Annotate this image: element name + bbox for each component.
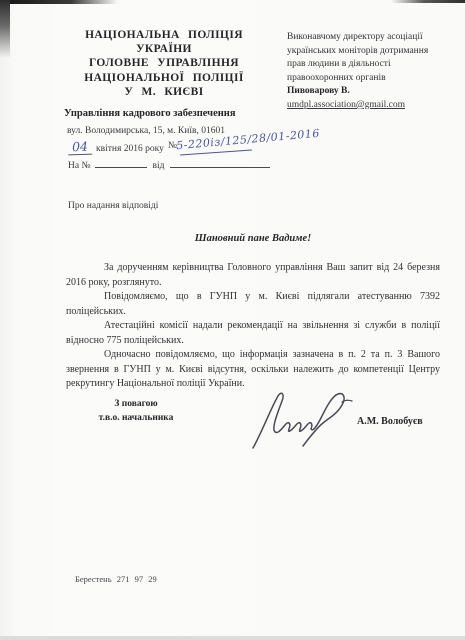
recipient-email: umdpl.association@gmail.com [287,99,457,113]
recipient-name: Пивоварову В. [287,85,457,99]
recipient-block: Виконавчому директору асоціації українсь… [287,31,457,113]
body-paragraph: За дорученням керівництва Головного упра… [66,261,440,290]
body-paragraph: Повідомляємо, що в ГУНП у м. Києві підля… [66,290,440,319]
sender-address: вул. Володимирська, 15, м. Київ, 01601 [67,126,225,136]
scan-artifact-top-right [391,0,465,3]
closing-regards: З повагою [72,397,200,411]
scan-artifact-top-left [0,0,118,4]
recipient-line: правоохоронних органів [287,72,457,86]
org-line: УКРАЇНИ [58,42,270,56]
recipient-line: українських моніторів дотримання [287,45,457,59]
ref-date-blank [170,157,270,168]
date-line: 04квітня 2016 року [68,139,164,155]
recipient-line: прав людини в діяльності [287,58,457,72]
date-printed: квітня 2016 року [96,144,164,154]
reference-line: На №від [68,157,270,171]
handwritten-signature [243,388,361,452]
ref-vid-label: від [153,161,165,171]
closing-position: т.в.о. начальника [72,411,200,425]
recipient-line: Виконавчому директору асоціації [287,31,457,45]
sender-organization: НАЦІОНАЛЬНА ПОЛІЦІЯ УКРАЇНИ ГОЛОВНЕ УПРА… [58,28,270,99]
ref-na-label: На № [68,161,91,171]
ref-number-blank [95,157,147,168]
scanned-letter-page: НАЦІОНАЛЬНА ПОЛІЦІЯ УКРАЇНИ ГОЛОВНЕ УПРА… [0,0,465,640]
letter-body: За дорученням керівництва Головного упра… [66,261,440,392]
org-line: ГОЛОВНЕ УПРАВЛІННЯ [58,56,270,70]
org-line: НАЦІОНАЛЬНА ПОЛІЦІЯ [58,28,270,42]
scan-artifact-left-edge [0,0,10,58]
org-line: НАЦІОНАЛЬНОЇ ПОЛІЦІЇ [58,71,270,85]
scan-artifact-bottom-edge [0,636,465,640]
signer-name: А.М. Волобуєв [357,416,423,427]
body-paragraph: Атестаційні комісії надали рекомендації … [66,319,440,348]
sender-department: Управління кадрового забезпечення [64,108,236,119]
subject-line: Про надання відповіді [68,201,158,211]
body-paragraph: Одночасно повідомляємо, що інформація за… [66,348,440,392]
org-line: У М. КИЄВІ [58,85,270,99]
salutation: Шановний пане Вадиме! [66,233,440,244]
handwritten-day: 04 [68,139,93,156]
closing-block: З повагою т.в.о. начальника [72,397,200,425]
executor-footer: Берестень 271 97 29 [75,574,157,584]
